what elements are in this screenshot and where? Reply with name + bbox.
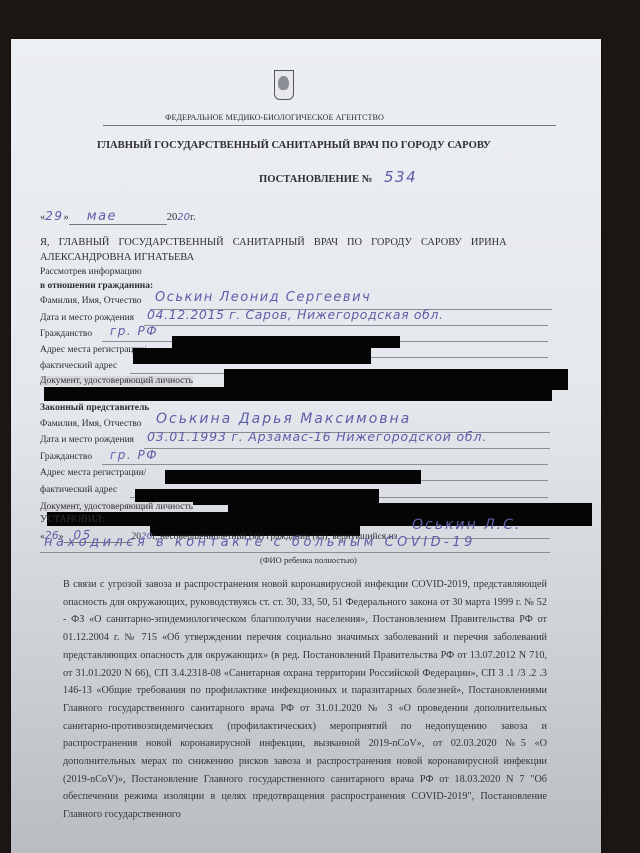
authority-title: ГЛАВНЫЙ ГОСУДАРСТВЕННЫЙ САНИТАРНЫЙ ВРАЧ … [97,140,491,151]
citizen-section-title: в отношении гражданина: [40,281,153,291]
citizen-citizenship-value: гр. РФ [110,324,158,338]
rep-citizenship-value: гр. РФ [110,448,158,462]
established-value2-underline [40,552,550,553]
rep-reg-address-label: Адрес места регистрации/ [40,468,146,478]
redacted-block [133,348,371,364]
citizen-reg-address-label: Адрес места регистрации/ [40,345,146,355]
citizen-actual-address-label: фактический адрес [40,361,117,371]
rep-birth-value: 03.01.1993 г. Арзамас-16 Нижегородской о… [147,429,487,444]
coat-of-arms-icon [274,70,294,100]
representative-section-title: Законный представитель [40,403,149,413]
intro-line-2: АЛЕКСАНДРОВНА ИГНАТЬЕВА [40,252,194,263]
redacted-block [44,387,552,401]
rep-fio-value: Оськина Дарья Максимовна [156,411,411,427]
doc-type-title: ПОСТАНОВЛЕНИЕ № [259,174,372,185]
date-month: мае [69,209,167,225]
citizen-fio-label: Фамилия, Имя, Отчество [40,296,142,306]
rep-actual-address-label: фактический адрес [40,485,117,495]
doc-number: 534 [384,168,417,186]
header-divider [103,125,556,126]
date-line: «29»мае2020г. [40,209,196,225]
rep-birth-label: Дата и место рождения [40,435,134,445]
established-caption: (ФИО ребенка полностью) [260,555,357,565]
established-value-line1: Оськин Л.С. [412,517,521,533]
citizen-id-doc-label: Документ, удостоверяющий личность [40,376,193,386]
rep-citizenship-underline [102,464,548,465]
considered-label: Рассмотрев информацию [40,267,142,277]
citizen-citizenship-label: Гражданство [40,329,92,339]
redacted-block [165,470,421,484]
citizen-birth-label: Дата и место рождения [40,313,134,323]
rep-birth-underline [144,448,550,449]
agency-name: ФЕДЕРАЛЬНОЕ МЕДИКО-БИОЛОГИЧЕСКОЕ АГЕНТСТ… [165,113,384,122]
established-value-line2: находился в контакте с больным COVID-19 [44,535,476,550]
citizen-birth-value: 04.12.2015 г. Саров, Нижегородская обл. [147,307,444,322]
citizen-fio-value: Оськин Леонид Сергеевич [155,290,371,305]
intro-line-1: Я, ГЛАВНЫЙ ГОСУДАРСТВЕННЫЙ САНИТАРНЫЙ ВР… [40,237,507,248]
established-title: УСТАНОВИЛ: [40,514,104,525]
citizen-birth-underline [144,325,548,326]
redacted-block [172,336,400,348]
rep-fio-label: Фамилия, Имя, Отчество [40,419,142,429]
date-day: 29 [45,209,63,223]
resolution-body: В связи с угрозой завоза и распространен… [63,576,547,824]
rep-id-doc-label: Документ, удостоверяющий личность [40,502,193,512]
rep-citizenship-label: Гражданство [40,452,92,462]
